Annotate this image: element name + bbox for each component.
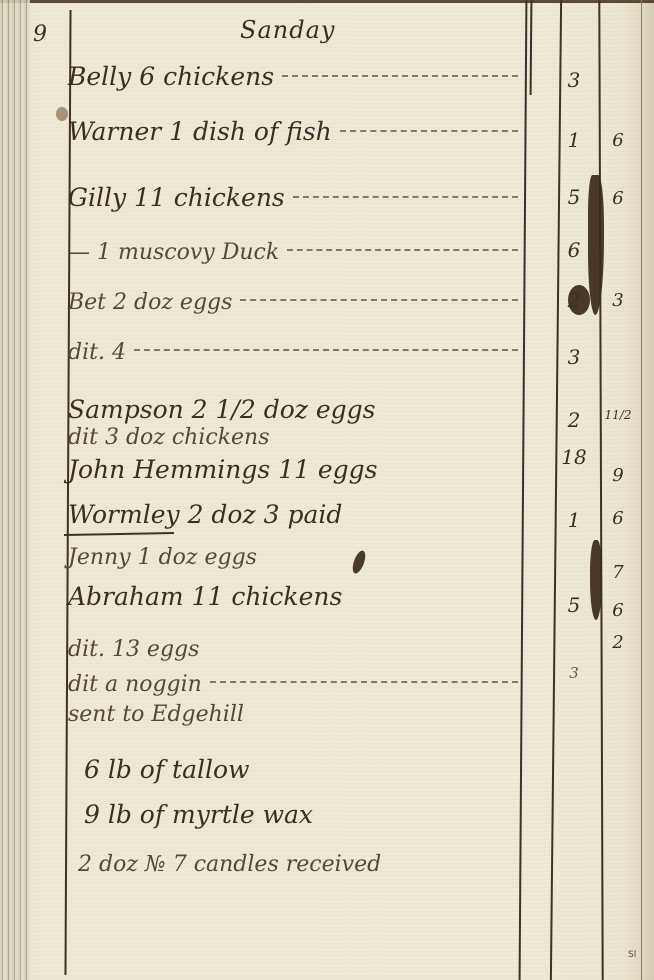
ledger-entry: dit. 4 (68, 340, 518, 365)
leader-dashes (287, 248, 518, 251)
leader-dashes (134, 348, 518, 351)
entry-text: 9 lb of myrtle wax (84, 800, 313, 829)
top-edge (0, 0, 654, 3)
ledger-page: 9 Sanday Belly 6 chickens Warner 1 dish … (0, 0, 654, 980)
pence-value: 9 (604, 465, 632, 486)
ledger-entry: Sampson 2 1/2 doz eggs (68, 395, 518, 424)
shillings-value: 3 (560, 345, 588, 369)
shillings-value: 1 (560, 128, 588, 152)
pence-value: 6 (604, 600, 632, 621)
ledger-entry: Bet 2 doz eggs (68, 290, 518, 315)
entry-text: Abraham 11 chickens (68, 582, 342, 611)
pence-value: 2 (604, 632, 632, 653)
pence-value: 11/2 (604, 408, 632, 422)
pence-value: 7 (604, 562, 632, 583)
entry-text: Wormley 2 doz 3 paid (68, 500, 342, 529)
ledger-entry: Jenny 1 doz eggs (68, 545, 518, 570)
shillings-value: 6 (560, 238, 588, 262)
shillings-value: 3 (560, 664, 588, 682)
entry-text: dit 3 doz chickens (68, 425, 270, 450)
shillings-value: 3 (560, 68, 588, 92)
leader-dashes (340, 129, 518, 132)
ledger-entry: 9 lb of myrtle wax (84, 800, 534, 829)
entry-text: 2 doz № 7 candles received (78, 852, 381, 877)
shillings-value: 2 (560, 408, 588, 432)
page-stack-edge (0, 0, 30, 980)
ledger-entry: sent to Edgehill (68, 702, 518, 727)
entry-text: — 1 muscovy Duck (68, 240, 279, 265)
leader-dashes (210, 680, 518, 683)
entry-underline (64, 532, 174, 536)
shillings-value: 18 (560, 445, 588, 469)
ledger-entry: Abraham 11 chickens (68, 582, 518, 611)
shillings-value: 2 (560, 288, 588, 312)
ledger-entry: dit 3 doz chickens (68, 425, 518, 450)
ledger-entry: Warner 1 dish of fish (68, 117, 518, 146)
shillings-value: 5 (560, 593, 588, 617)
leader-dashes (282, 74, 518, 77)
ledger-entry: Wormley 2 doz 3 paid (68, 500, 518, 529)
entry-text: sent to Edgehill (68, 702, 244, 727)
page-gutter-rule (641, 0, 642, 980)
corner-mark: Sl (628, 950, 636, 960)
shillings-value: 5 (560, 185, 588, 209)
ink-stain (56, 107, 68, 121)
pence-value: 6 (604, 130, 632, 151)
page-number: 9 (33, 22, 47, 47)
shillings-value: 1 (560, 508, 588, 532)
ledger-entry: 6 lb of tallow (84, 755, 534, 784)
entry-text: John Hemmings 11 eggs (68, 455, 378, 484)
entry-text: dit. 13 eggs (68, 637, 199, 662)
entry-text: Belly 6 chickens (68, 62, 274, 91)
entry-text: Jenny 1 doz eggs (68, 545, 257, 570)
entry-text: dit a noggin (68, 672, 202, 697)
ink-blot (590, 540, 602, 620)
ledger-entry: Belly 6 chickens (68, 62, 518, 91)
leader-dashes (293, 195, 518, 198)
page-heading: Sanday (240, 16, 335, 44)
ink-blot (588, 175, 604, 315)
column-rule-3 (598, 0, 603, 980)
entry-text: 6 lb of tallow (84, 755, 249, 784)
entry-text: dit. 4 (68, 340, 126, 365)
margin-rule (64, 10, 71, 975)
entry-text: Sampson 2 1/2 doz eggs (68, 395, 376, 424)
entry-text: Warner 1 dish of fish (68, 117, 332, 146)
pence-value: 6 (604, 188, 632, 209)
entry-text: Gilly 11 chickens (68, 183, 285, 212)
ledger-entry: — 1 muscovy Duck (68, 240, 518, 265)
leader-dashes (240, 298, 518, 301)
column-rule-1 (519, 0, 527, 980)
ledger-entry: dit a noggin (68, 672, 518, 697)
column-rule-1b (530, 0, 532, 95)
pence-value: 3 (604, 290, 632, 311)
ledger-entry: Gilly 11 chickens (68, 183, 518, 212)
ledger-entry: 2 doz № 7 candles received (78, 852, 528, 877)
entry-text: Bet 2 doz eggs (68, 290, 232, 315)
ledger-entry: dit. 13 eggs (68, 637, 518, 662)
pence-value: 6 (604, 508, 632, 529)
ledger-entry: John Hemmings 11 eggs (68, 455, 518, 484)
